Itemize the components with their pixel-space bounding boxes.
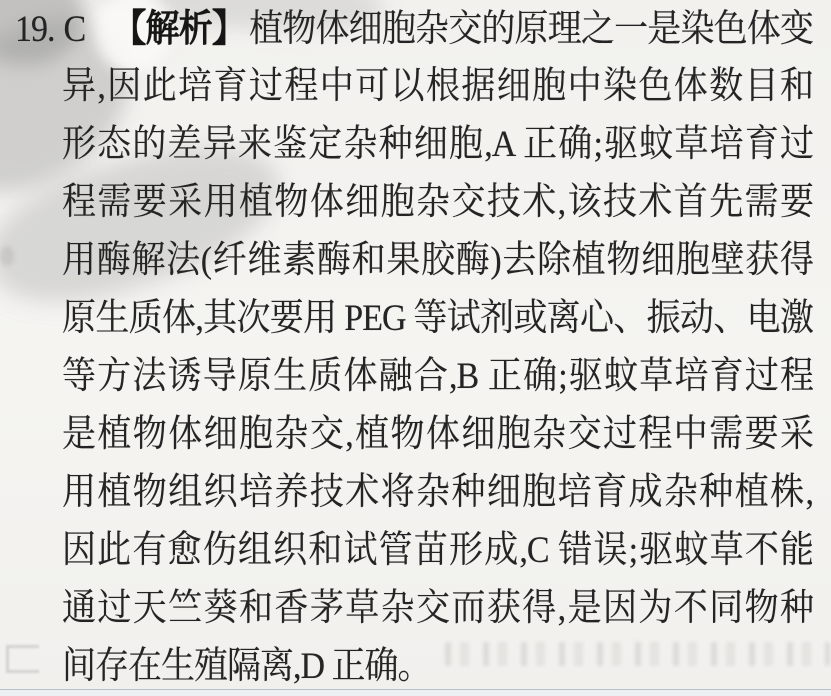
answer-entry-19: 19.C【解析】植物体细胞杂交的原理之一是染色体变 异,因此培育过程中可以根据细… — [15, 0, 813, 696]
analysis-text-line: 等方法诱导原生质体融合,B 正确;驱蚊草培育过程 — [62, 345, 813, 409]
page-bottom-edge — [0, 689, 831, 696]
analysis-label: 【解析】 — [112, 8, 245, 50]
scanned-answer-key-page: 19.C【解析】植物体细胞杂交的原理之一是染色体变 异,因此培育过程中可以根据细… — [0, 0, 831, 696]
analysis-text-line: 间存在生殖隔离,D 正确。 — [62, 635, 813, 696]
analysis-text-line: 通过天竺葵和香茅草杂交而获得,是因为不同物种 — [62, 577, 813, 641]
analysis-text-line: 用酶解法(纤维素酶和果胶酶)去除植物细胞壁获得 — [62, 229, 813, 293]
analysis-text-line: 形态的差异来鉴定杂种细胞,A 正确;驱蚊草培育过 — [62, 113, 813, 177]
analysis-text-line: 因此有愈伤组织和试管苗形成,C 错误;驱蚊草不能 — [62, 519, 813, 583]
analysis-text-segment: 植物体细胞杂交的原理之一是染色体变 — [249, 9, 813, 50]
answer-letter: C — [64, 9, 86, 50]
scan-smudge — [0, 246, 14, 266]
analysis-text-line: 异,因此培育过程中可以根据细胞中染色体数目和 — [62, 55, 813, 119]
question-number: 19. — [15, 9, 55, 50]
analysis-text-line: 用植物组织培养技术将杂种细胞培育成杂种植株, — [62, 461, 813, 525]
analysis-text-line: 原生质体,其次要用 PEG 等试剂或离心、振动、电激 — [62, 287, 813, 351]
analysis-text-line: 程需要采用植物体细胞杂交技术,该技术首先需要 — [62, 171, 813, 235]
entry-first-line: 19.C【解析】植物体细胞杂交的原理之一是染色体变 — [15, 0, 813, 61]
analysis-text-lines: 异,因此培育过程中可以根据细胞中染色体数目和形态的差异来鉴定杂种细胞,A 正确;… — [15, 58, 813, 696]
analysis-text-line: 是植物体细胞杂交,植物体细胞杂交过程中需要采 — [62, 403, 813, 467]
